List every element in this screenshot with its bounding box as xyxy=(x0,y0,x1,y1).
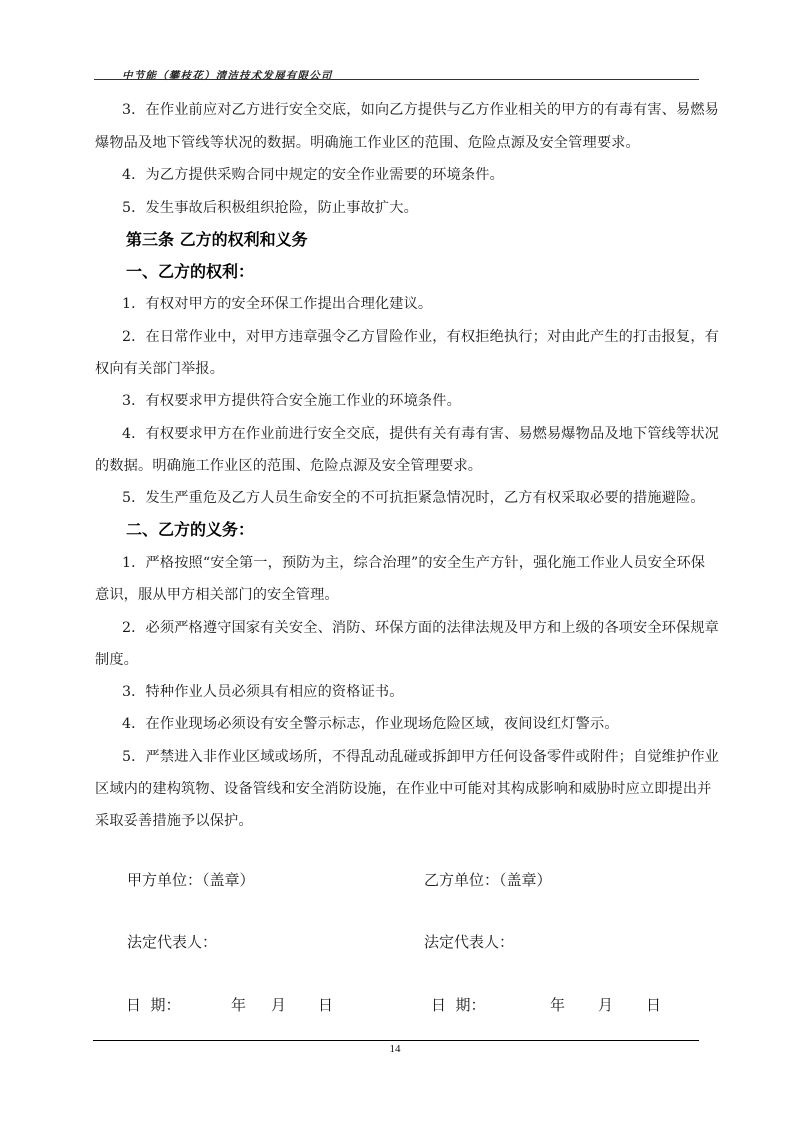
party-b-date-year: 年 xyxy=(550,995,565,1015)
party-a-date-year: 年 xyxy=(231,995,246,1015)
party-b-obligations-heading: 二、乙方的义务： xyxy=(126,520,254,540)
party-a-date-month: 月 xyxy=(271,995,286,1015)
party-b-rights-heading: 一、乙方的权利： xyxy=(126,262,254,282)
party-b-date-day: 日 xyxy=(646,995,661,1015)
party-a-obligation-5: 5．发生事故后积极组织抢险，防止事故扩大。 xyxy=(122,199,699,217)
party-b-date-label: 日 期： xyxy=(431,995,486,1015)
party-a-unit-seal-label: 甲方单位：（盖章） xyxy=(127,870,255,890)
party-b-obligation-5-line2: 区域内的建构筑物、设备管线和安全消防设施，在作业中可能对其构成影响和威胁时应立即… xyxy=(95,780,699,798)
party-b-right-2-line2: 权向有关部门举报。 xyxy=(95,360,699,378)
document-page: 中节能（攀枝花）清洁技术发展有限公司 3．在作业前应对乙方进行安全交底，如向乙方… xyxy=(0,0,794,1123)
party-b-date-month: 月 xyxy=(598,995,613,1015)
party-b-obligation-4: 4．在作业现场必须设有安全警示标志，作业现场危险区域，夜间设红灯警示。 xyxy=(122,715,699,733)
party-b-obligation-2-line1: 2．必须严格遵守国家有关安全、消防、环保方面的法律法规及甲方和上级的各项安全环保… xyxy=(122,619,699,637)
party-b-obligation-5-line3: 采取妥善措施予以保护。 xyxy=(95,812,699,830)
party-a-date-label: 日 期： xyxy=(126,995,181,1015)
party-b-right-3: 3．有权要求甲方提供符合安全施工作业的环境条件。 xyxy=(122,392,699,410)
party-b-right-5: 5．发生严重危及乙方人员生命安全的不可抗拒紧急情况时，乙方有权采取必要的措施避险… xyxy=(122,489,699,507)
party-b-right-4-line1: 4．有权要求甲方在作业前进行安全交底，提供有关有毒有害、易燃易爆物品及地下管线等… xyxy=(122,425,699,443)
party-a-obligation-3-line1: 3．在作业前应对乙方进行安全交底，如向乙方提供与乙方作业相关的甲方的有毒有害、易… xyxy=(122,101,699,119)
party-b-obligation-5-line1: 5．严禁进入非作业区域或场所，不得乱动乱碰或拆卸甲方任何设备零件或附件；自觉维护… xyxy=(122,748,699,766)
party-a-legal-rep-label: 法定代表人： xyxy=(127,932,217,952)
party-b-right-4-line2: 的数据。明确施工作业区的范围、危险点源及安全管理要求。 xyxy=(95,457,699,475)
party-b-obligation-2-line2: 制度。 xyxy=(95,651,699,669)
running-header-company: 中节能（攀枝花）清洁技术发展有限公司 xyxy=(122,68,333,83)
article-3-title: 第三条 乙方的权利和义务 xyxy=(126,230,308,250)
footer-rule xyxy=(93,1040,699,1041)
party-b-unit-seal-label: 乙方单位：（盖章） xyxy=(424,870,552,890)
party-a-date-day: 日 xyxy=(318,995,333,1015)
party-b-right-1: 1．有权对甲方的安全环保工作提出合理化建议。 xyxy=(122,295,699,313)
party-b-legal-rep-label: 法定代表人： xyxy=(424,932,514,952)
party-a-obligation-4: 4．为乙方提供采购合同中规定的安全作业需要的环境条件。 xyxy=(122,166,699,184)
page-number: 14 xyxy=(380,1043,410,1055)
header-rule xyxy=(94,79,699,80)
party-b-obligation-1-line1: 1．严格按照“安全第一，预防为主，综合治理”的安全生产方针，强化施工作业人员安全… xyxy=(122,554,699,572)
party-b-obligation-1-line2: 意识，服从甲方相关部门的安全管理。 xyxy=(95,586,699,604)
party-b-obligation-3: 3．特种作业人员必须具有相应的资格证书。 xyxy=(122,683,699,701)
party-b-right-2-line1: 2．在日常作业中，对甲方违章强令乙方冒险作业，有权拒绝执行；对由此产生的打击报复… xyxy=(122,328,699,346)
party-a-obligation-3-line2: 爆物品及地下管线等状况的数据。明确施工作业区的范围、危险点源及安全管理要求。 xyxy=(95,134,699,152)
